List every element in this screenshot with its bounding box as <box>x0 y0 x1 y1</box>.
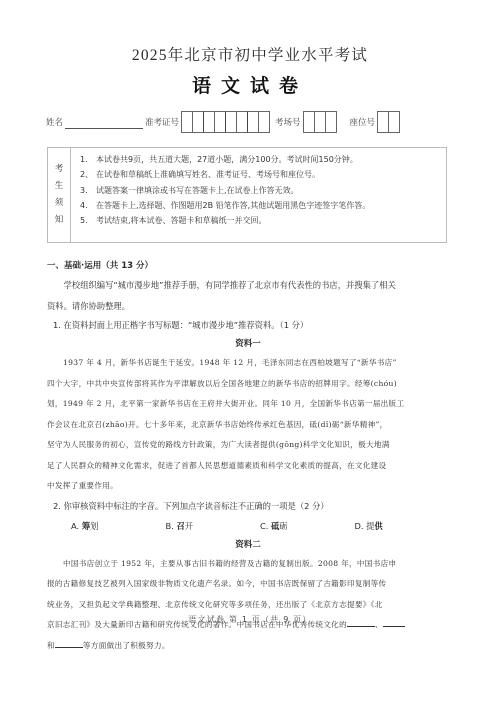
option-d[interactable]: D. 提供 <box>355 516 450 536</box>
digit-box[interactable] <box>203 111 214 133</box>
option-b[interactable]: B. 召开 <box>166 516 261 536</box>
digit-box[interactable] <box>225 111 236 133</box>
material-2-text: 中国书店创立于 1952 年，主要从事古旧书籍的经营及古籍的复制出版。2008 … <box>47 554 449 657</box>
ticket-label: 准考证号 <box>145 116 179 128</box>
exam-page: 2025年北京市初中学业水平考试 语文试卷 姓名 准考证号 考场号 座位号 <box>0 0 500 707</box>
digit-box[interactable] <box>314 111 325 133</box>
notice-item: 3.试题答案一律填涂或书写在答题卡上,在试卷上作答无效。 <box>80 183 446 198</box>
section-basics: 一、基础·运用（共 13 分） 学校组织编写“城市漫步地”推荐手册，有同学推荐了… <box>47 255 449 656</box>
page-footer: 语文试卷 第 1 页（共 9 页） <box>0 614 500 625</box>
section-intro: 学校组织编写“城市漫步地”推荐手册，有同学推荐了北京市有代表性的书店，并搜集了相… <box>47 275 449 316</box>
option-c[interactable]: C. 砥砺 <box>260 516 355 536</box>
ticket-number-boxes[interactable] <box>181 111 270 133</box>
option-a[interactable]: A. 筹划 <box>71 516 166 536</box>
candidate-info-row: 姓名 准考证号 考场号 座位号 <box>46 111 405 133</box>
digit-box[interactable] <box>192 111 203 133</box>
name-field[interactable] <box>65 116 143 129</box>
name-label: 姓名 <box>46 116 63 128</box>
seat-number-boxes[interactable] <box>377 111 400 133</box>
subject-title: 语文试卷 <box>0 71 500 98</box>
digit-box[interactable] <box>181 111 192 133</box>
seat-label: 座位号 <box>350 116 376 128</box>
notice-item: 5.考试结束,将本试卷、答题卡和草稿纸一并交回。 <box>80 213 446 228</box>
digit-box[interactable] <box>258 111 270 133</box>
exam-title: 2025年北京市初中学业水平考试 <box>0 43 500 65</box>
digit-box[interactable] <box>303 111 314 133</box>
digit-box[interactable] <box>236 111 247 133</box>
digit-box[interactable] <box>388 111 400 133</box>
question-2: 2. 你审核资料中标注的字音。下列加点字读音标注不正确的一项是（2 分） <box>47 497 449 516</box>
room-label: 考场号 <box>275 116 301 128</box>
material-1-text: 1937 年 4 月，新华书店诞生于延安。1948 年 12 月，毛泽东同志在西… <box>47 353 449 497</box>
digit-box[interactable] <box>247 111 258 133</box>
candidate-notice-box: 考 生 须 知 1.本试卷共9页，共五道大题，27道小题，满分100分。考试时间… <box>47 147 447 243</box>
notice-item: 2、在试卷和草稿纸上准确填写姓名、准考证号、考场号和座位号。 <box>80 167 446 182</box>
digit-box[interactable] <box>325 111 337 133</box>
question-2-options: A. 筹划 B. 召开 C. 砥砺 D. 提供 <box>47 516 449 536</box>
material-1-title: 资料一 <box>47 335 449 353</box>
notice-item: 1.本试卷共9页，共五道大题，27道小题，满分100分。考试时间150分钟。 <box>80 152 446 167</box>
section-heading: 一、基础·运用（共 13 分） <box>47 258 449 275</box>
material-2-title: 资料二 <box>47 536 449 554</box>
digit-box[interactable] <box>377 111 388 133</box>
room-number-boxes[interactable] <box>303 111 337 133</box>
question-1: 1. 在资料封面上用正楷字书写标题：“城市漫步地”推荐资料。（1 分） <box>47 316 449 335</box>
fill-blank-3[interactable] <box>55 638 83 648</box>
notice-item: 4.在答题卡上,选择题、作图题用2B 铅笔作答,其他试题用黑色字迹签字笔作答。 <box>80 198 446 213</box>
notice-heading: 考 生 须 知 <box>48 148 71 242</box>
notice-list: 1.本试卷共9页，共五道大题，27道小题，满分100分。考试时间150分钟。 2… <box>71 148 446 242</box>
digit-box[interactable] <box>214 111 225 133</box>
